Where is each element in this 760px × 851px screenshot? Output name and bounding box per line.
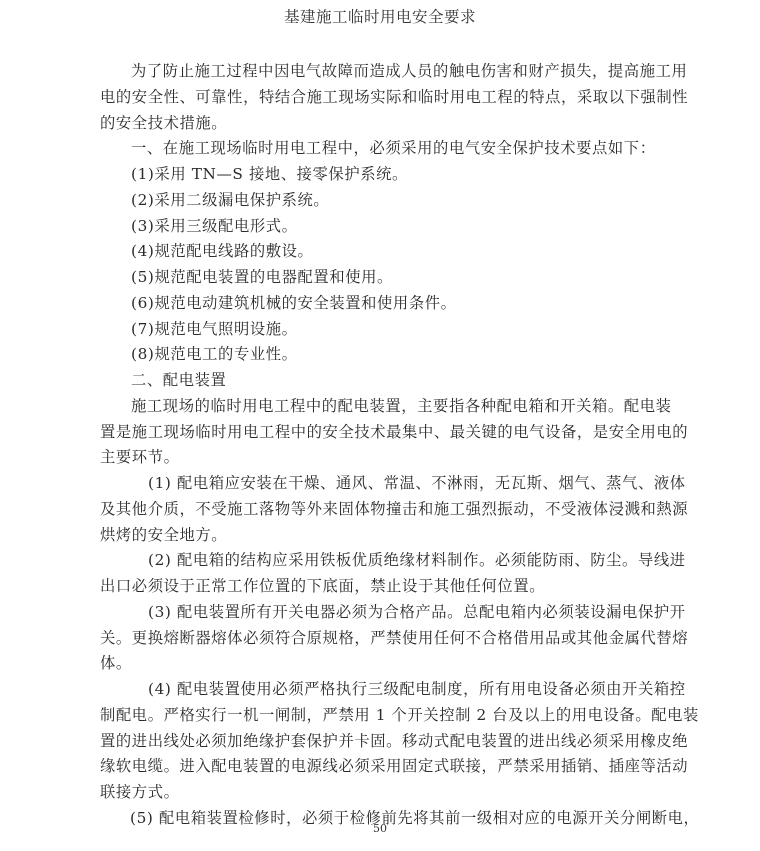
paragraph-item-2: (2) 配电箱的结构应采用铁板优质绝缘材料制作。必须能防雨、防尘。导线进 出口必… bbox=[100, 548, 664, 600]
section-heading-2: 二、配电装置 bbox=[100, 368, 664, 394]
list-item: (8)规范电工的专业性。 bbox=[100, 342, 664, 368]
text-line: 及其他介质，不受施工落物等外来固体物撞击和施工强烈振动，不受液体浸溅和熱源 bbox=[100, 497, 664, 523]
text-line: 体。 bbox=[100, 651, 664, 677]
list-item: (6)规范电动建筑机械的安全装置和使用条件。 bbox=[100, 291, 664, 317]
text-line: 置的进出线处必须加绝缘护套保护并卡固。移动式配电装置的进出线必须采用橡皮绝 bbox=[100, 729, 664, 755]
text-line: 电的安全性、可靠性，特结合施工现场实际和临时用电工程的特点，采取以下强制性 bbox=[100, 85, 664, 111]
list-item: (3)采用三级配电形式。 bbox=[100, 214, 664, 240]
paragraph-item-3: (3) 配电装置所有开关电器必须为合格产品。总配电箱内必须装设漏电保护开 关。更… bbox=[100, 600, 664, 677]
list-item: (7)规范电气照明设施。 bbox=[100, 317, 664, 343]
text-line: 置是施工现场临时用电工程中的安全技术最集中、最关键的电气设备，是安全用电的 bbox=[100, 420, 664, 446]
list-item: (5)规范配电装置的电器配置和使用。 bbox=[100, 265, 664, 291]
list-item: (4)规范配电线路的敷设。 bbox=[100, 239, 664, 265]
text-line: 缘软电缆。进入配电装置的电源线必须采用固定式联接，严禁采用插销、插座等活动 bbox=[100, 754, 664, 780]
section-heading-1: 一、在施工现场临时用电工程中，必须采用的电气安全保护技术要点如下： bbox=[100, 136, 664, 162]
text-line: 制配电。严格实行一机一闸制，严禁用 1 个开关控制 2 台及以上的用电设备。配电… bbox=[100, 703, 664, 729]
heading-line: 二、配电装置 bbox=[100, 368, 664, 394]
paragraph-intro: 为了防止施工过程中因电气故障而造成人员的触电伤害和财产损失，提高施工用 电的安全… bbox=[100, 59, 664, 136]
text-line: 的安全技术措施。 bbox=[100, 111, 664, 137]
list-item: (2)采用二级漏电保护系统。 bbox=[100, 188, 664, 214]
paragraph-section-2-intro: 施工现场的临时用电工程中的配电装置，主要指各种配电箱和开关箱。配电装 置是施工现… bbox=[100, 394, 664, 471]
text-line: 施工现场的临时用电工程中的配电装置，主要指各种配电箱和开关箱。配电装 bbox=[100, 394, 664, 420]
heading-line: 一、在施工现场临时用电工程中，必须采用的电气安全保护技术要点如下： bbox=[100, 136, 664, 162]
text-line: 主要环节。 bbox=[100, 445, 664, 471]
text-line: 出口必须设于正常工作位置的下底面，禁止设于其他任何位置。 bbox=[100, 574, 664, 600]
text-line: 关。更换熔断器熔体必须符合原规格，严禁使用任何不合格借用品或其他金属代替熔 bbox=[100, 626, 664, 652]
list-item: (1)采用 TN—S 接地、接零保护系统。 bbox=[100, 162, 664, 188]
text-line: (2) 配电箱的结构应采用铁板优质绝缘材料制作。必须能防雨、防尘。导线进 bbox=[100, 548, 664, 574]
page-number: 50 bbox=[0, 822, 760, 835]
text-line: 为了防止施工过程中因电气故障而造成人员的触电伤害和财产损失，提高施工用 bbox=[100, 59, 664, 85]
text-line: (4) 配电装置使用必须严格执行三级配电制度，所有用电设备必须由开关箱控 bbox=[100, 677, 664, 703]
text-line: (1) 配电箱应安装在干燥、通风、常温、不淋雨，无瓦斯、烟气、蒸气、液体 bbox=[100, 471, 664, 497]
paragraph-item-4: (4) 配电装置使用必须严格执行三级配电制度，所有用电设备必须由开关箱控 制配电… bbox=[100, 677, 664, 806]
text-line: (3) 配电装置所有开关电器必须为合格产品。总配电箱内必须装设漏电保护开 bbox=[100, 600, 664, 626]
text-line: 烘烤的安全地方。 bbox=[100, 523, 664, 549]
requirements-list: (1)采用 TN—S 接地、接零保护系统。 (2)采用二级漏电保护系统。 (3)… bbox=[100, 162, 664, 368]
paragraph-item-1: (1) 配电箱应安装在干燥、通风、常温、不淋雨，无瓦斯、烟气、蒸气、液体 及其他… bbox=[100, 471, 664, 548]
document-title: 基建施工临时用电安全要求 bbox=[0, 5, 760, 27]
text-line: 联接方式。 bbox=[100, 780, 664, 806]
document-body: 为了防止施工过程中因电气故障而造成人员的触电伤害和财产损失，提高施工用 电的安全… bbox=[100, 59, 664, 832]
